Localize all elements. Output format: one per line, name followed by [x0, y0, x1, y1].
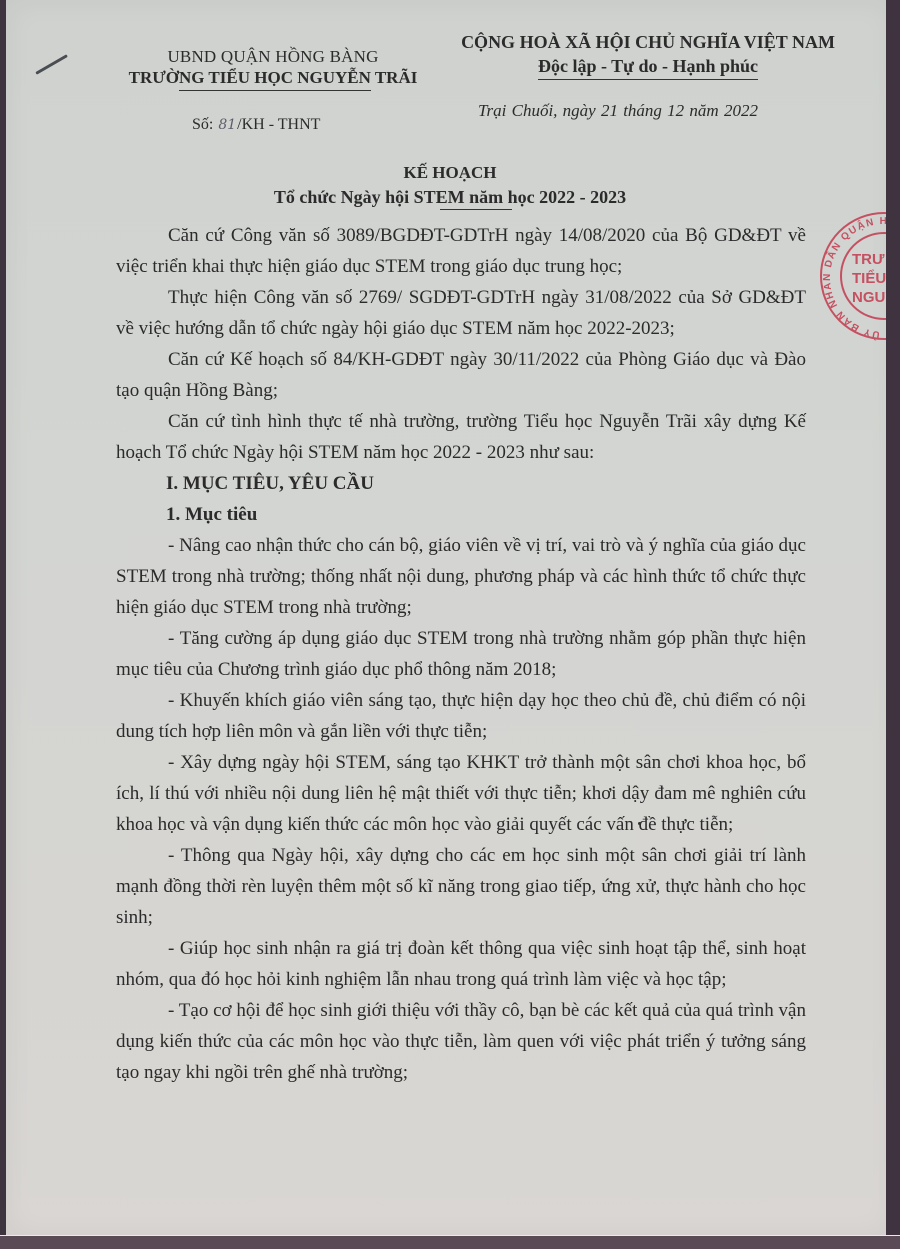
objective-item: - Tạo cơ hội để học sinh giới thiệu với … [116, 995, 806, 1088]
document-number-suffix: /KH - THNT [237, 116, 320, 133]
objective-item: - Giúp học sinh nhận ra giá trị đoàn kết… [116, 933, 806, 995]
subsection-heading-objectives: 1. Mục tiêu [116, 499, 806, 530]
document-subtitle: Tổ chức Ngày hội STEM năm học 2022 - 202… [274, 185, 626, 210]
preamble-paragraph: Căn cứ Công văn số 3089/BGDĐT-GDTrH ngày… [116, 220, 806, 282]
section-heading-objectives-requirements: I. MỤC TIÊU, YÊU CẦU [116, 468, 806, 499]
national-header: CỘNG HOÀ XÃ HỘI CHỦ NGHĨA VIỆT NAM Độc l… [438, 30, 858, 80]
stem-underline [440, 209, 512, 210]
issuing-authority-header: UBND QUẬN HỒNG BÀNG TRƯỜNG TIỂU HỌC NGUY… [118, 46, 428, 88]
objective-item: - Xây dựng ngày hội STEM, sáng tạo KHKT … [116, 747, 806, 840]
school-name-underline [179, 90, 372, 91]
ink-speck [638, 822, 641, 825]
school-name: TRƯỜNG TIỂU HỌC NGUYỄN TRÃI [129, 68, 418, 88]
document-number-prefix: Số: [192, 116, 213, 133]
objective-item: - Tăng cường áp dụng giáo dục STEM trong… [116, 623, 806, 685]
document-number: Số: 81/KH - THNT [192, 116, 320, 134]
preamble-paragraph: Căn cứ Kế hoạch số 84/KH-GDĐT ngày 30/11… [116, 344, 806, 406]
objective-item: - Thông qua Ngày hội, xây dựng cho các e… [116, 840, 806, 933]
preamble-paragraph: Căn cứ tình hình thực tế nhà trường, trư… [116, 406, 806, 468]
document-subtitle-text: Tổ chức Ngày hội STEM năm học 2022 - 202… [274, 187, 626, 207]
national-motto: Độc lập - Tự do - Hạnh phúc [538, 54, 758, 80]
document-title-block: KẾ HOẠCH Tổ chức Ngày hội STEM năm học 2… [0, 160, 900, 210]
desk-background-right [886, 0, 900, 1249]
desk-background-bottom [0, 1235, 900, 1249]
national-title: CỘNG HOÀ XÃ HỘI CHỦ NGHĨA VIỆT NAM [438, 30, 858, 54]
document-body: Căn cứ Công văn số 3089/BGDĐT-GDTrH ngày… [116, 220, 806, 1088]
preamble-paragraph: Thực hiện Công văn số 2769/ SGDĐT-GDTrH … [116, 282, 806, 344]
school-name-text: TRƯỜNG TIỂU HỌC NGUYỄN TRÃI [129, 68, 418, 87]
objective-item: - Nâng cao nhận thức cho cán bộ, giáo vi… [116, 530, 806, 623]
place-and-date: Trại Chuối, ngày 21 tháng 12 năm 2022 [478, 101, 758, 121]
objective-item: - Khuyến khích giáo viên sáng tạo, thực … [116, 685, 806, 747]
document-title: KẾ HOẠCH [0, 160, 900, 185]
district-committee-name: UBND QUẬN HỒNG BÀNG [118, 46, 428, 68]
document-number-handwritten: 81 [218, 117, 236, 133]
